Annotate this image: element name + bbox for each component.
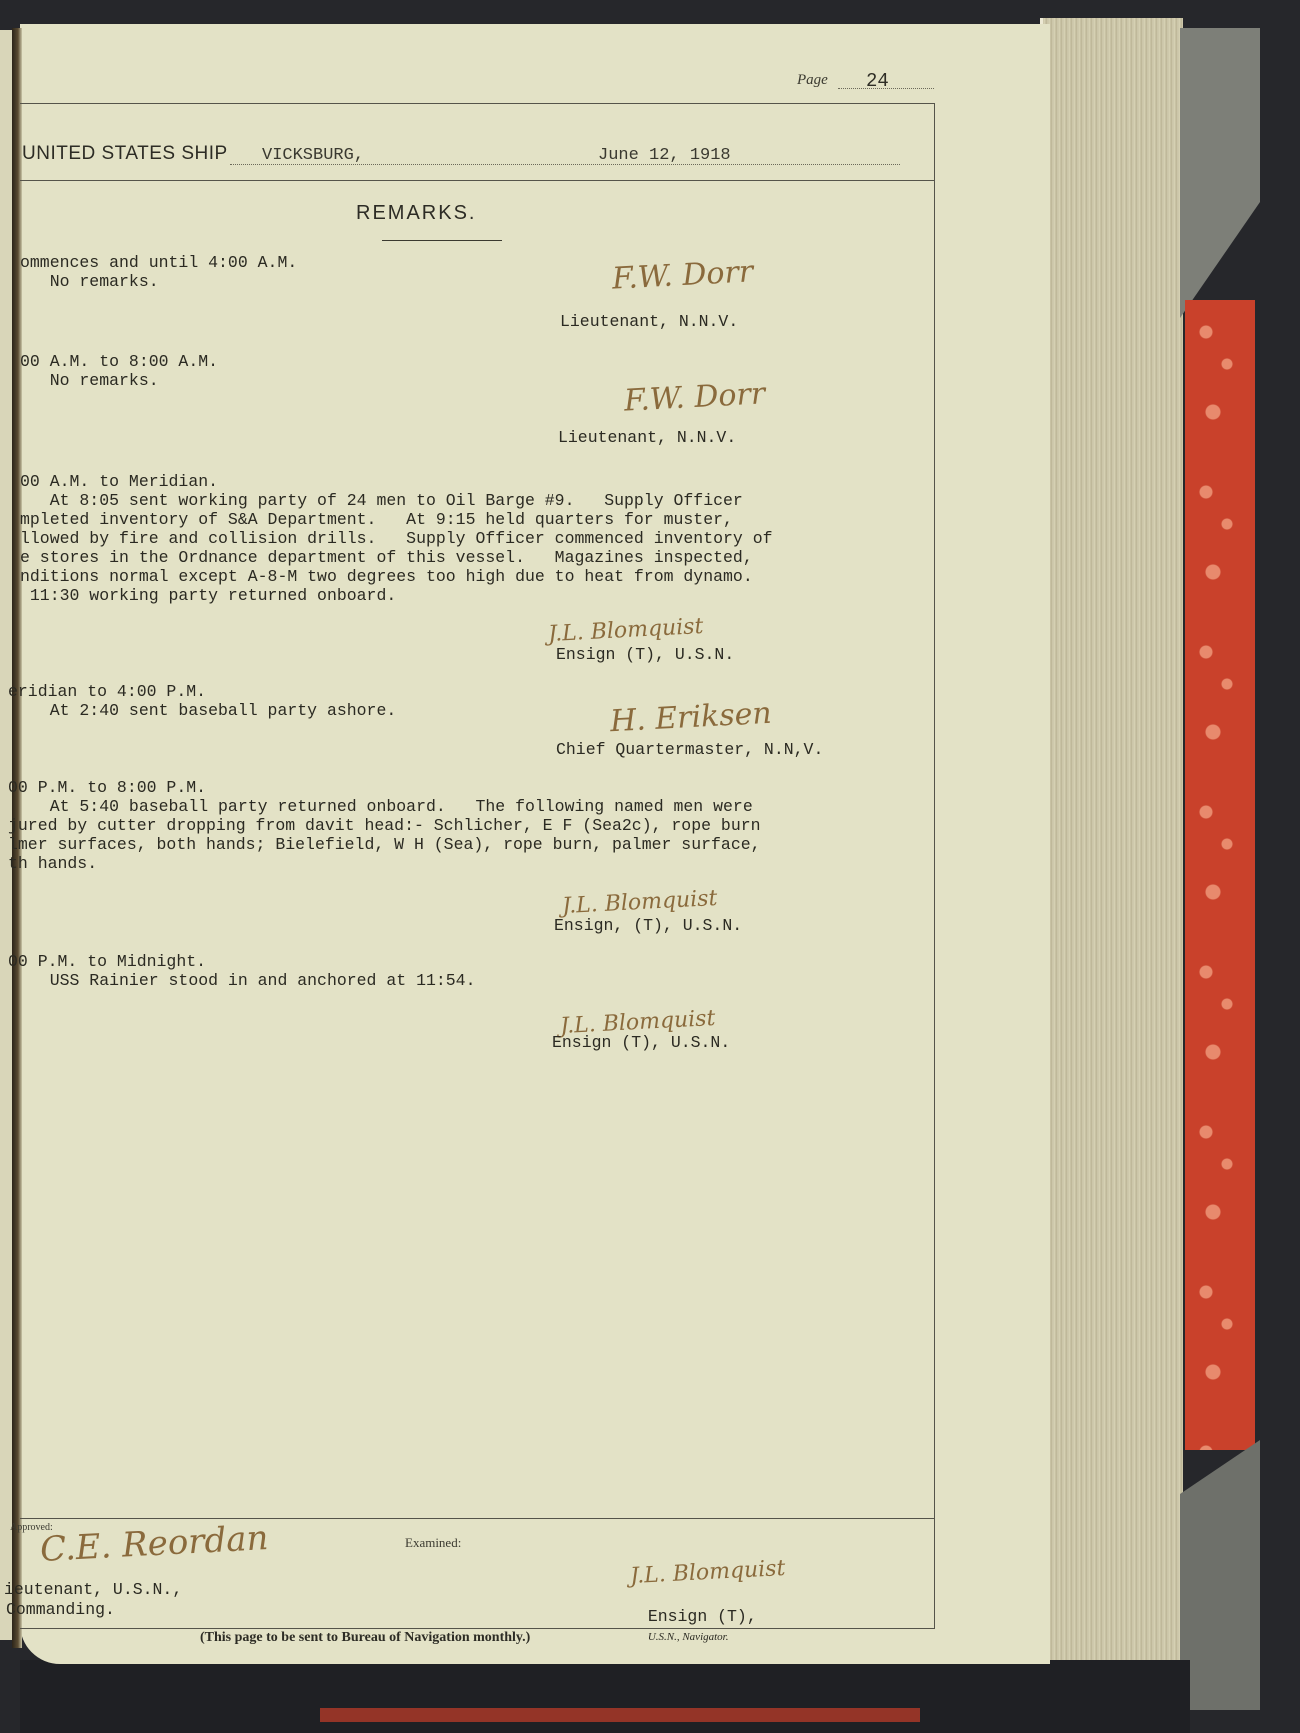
approved-title: Commanding. [6,1600,115,1620]
navigator-rank: Ensign (T), U.S.N., Navigator. [628,1587,757,1648]
footer-note: (This page to be sent to Bureau of Navig… [200,1630,530,1646]
footer-rule [20,1518,934,1519]
watch-text-line: 11:30 working party returned onboard. [20,586,396,606]
page-block-edges [1040,18,1183,1710]
signature: F.W. Dorr [611,254,754,296]
watch-text-line: No remarks. [20,272,159,292]
examined-label: Examined: [405,1535,461,1551]
watch-text-line: No remarks. [20,371,159,391]
approved-rank: ieutenant, U.S.N., [4,1580,182,1600]
watch-text-line: jured by cutter dropping from davit head… [8,816,761,836]
navigator-suffix: U.S.N., Navigator. [648,1631,729,1643]
watch-text-line: lmer surfaces, both hands; Bielefield, W… [8,835,761,855]
watch-text-line: llowed by fire and collision drills. Sup… [20,529,773,549]
watch-text-line: e stores in the Ordnance department of t… [20,548,753,568]
watch-text-line: At 5:40 baseball party returned onboard.… [20,797,753,817]
ship-label: UNITED STATES SHIP [22,143,228,165]
watch-period: 00 P.M. to Midnight. [8,952,206,972]
remarks-title: REMARKS. [356,202,476,225]
navigator-rank-text: Ensign (T), [648,1607,757,1626]
watch-period: eridian to 4:00 P.M. [8,682,206,702]
header-rule [20,180,934,181]
page-frame [20,103,935,1629]
signature: F.W. Dorr [623,376,766,418]
remarks-underline [382,240,502,241]
watch-text-line: At 2:40 sent baseball party ashore. [20,701,396,721]
bottom-cover-edge [320,1708,920,1722]
watch-signer-rank: Lieutenant, N.N.V. [558,428,736,448]
watch-signer-rank: Ensign (T), U.S.N. [556,645,734,665]
watch-text-line: At 8:05 sent working party of 24 men to … [20,491,743,511]
watch-period: 00 P.M. to 8:00 P.M. [8,778,206,798]
watch-text-line: mpleted inventory of S&A Department. At … [20,510,733,530]
log-date: June 12, 1918 [598,146,731,165]
watch-signer-rank: Lieutenant, N.N.V. [560,312,738,332]
watch-signer-rank: Ensign (T), U.S.N. [552,1033,730,1053]
watch-signer-rank: Chief Quartermaster, N.N,V. [556,740,823,760]
watch-period: ommences and until 4:00 A.M. [20,253,297,273]
watch-period: 00 A.M. to Meridian. [20,472,218,492]
watch-text-line: nditions normal except A-8-M two degrees… [20,567,753,587]
bottom-shadow [20,1660,1190,1733]
watch-signer-rank: Ensign, (T), U.S.N. [554,916,742,936]
watch-text-line: th hands. [8,854,97,874]
watch-period: 00 A.M. to 8:00 A.M. [20,352,218,372]
ship-name: VICKSBURG, [262,146,364,165]
watch-text-line: USS Rainier stood in and anchored at 11:… [20,971,475,991]
page-label: Page [797,72,828,89]
cover-marbled-paper [1185,300,1255,1450]
page-number-line [838,88,934,89]
